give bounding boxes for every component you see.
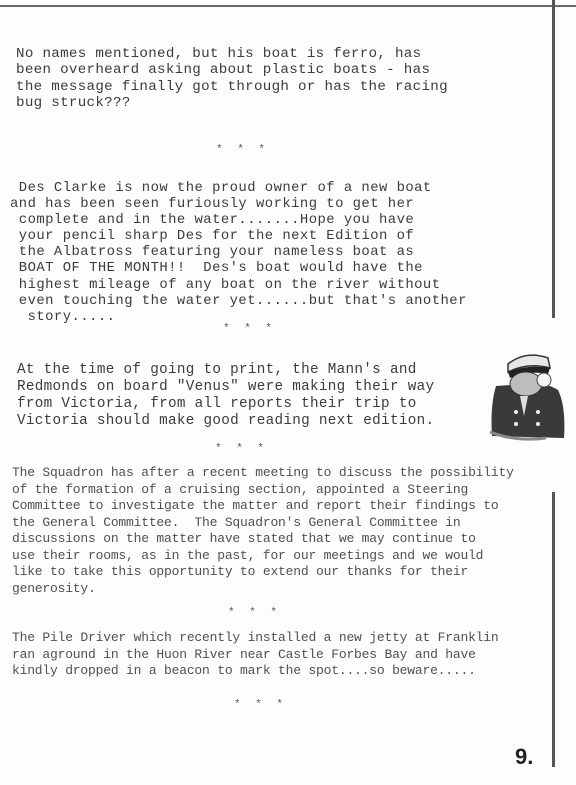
top-border-line (0, 5, 576, 7)
separator-stars: * * * (234, 699, 287, 711)
separator-stars: * * * (216, 144, 269, 156)
right-border-line-upper (552, 0, 555, 318)
paragraph-ferro-boat: No names mentioned, but his boat is ferr… (16, 46, 448, 111)
sea-captain-illustration (486, 346, 568, 444)
paragraph-des-clarke: Des Clarke is now the proud owner of a n… (10, 180, 467, 325)
paragraph-squadron: The Squadron has after a recent meeting … (12, 465, 514, 597)
separator-stars: * * * (223, 323, 276, 335)
right-border-line-lower (552, 492, 555, 767)
page-number: 9. (515, 744, 533, 770)
paragraph-venus: At the time of going to print, the Mann'… (17, 362, 434, 430)
paragraph-pile-driver: The Pile Driver which recently installed… (12, 630, 498, 680)
separator-stars: * * * (215, 443, 268, 455)
separator-stars: * * * (228, 607, 281, 619)
